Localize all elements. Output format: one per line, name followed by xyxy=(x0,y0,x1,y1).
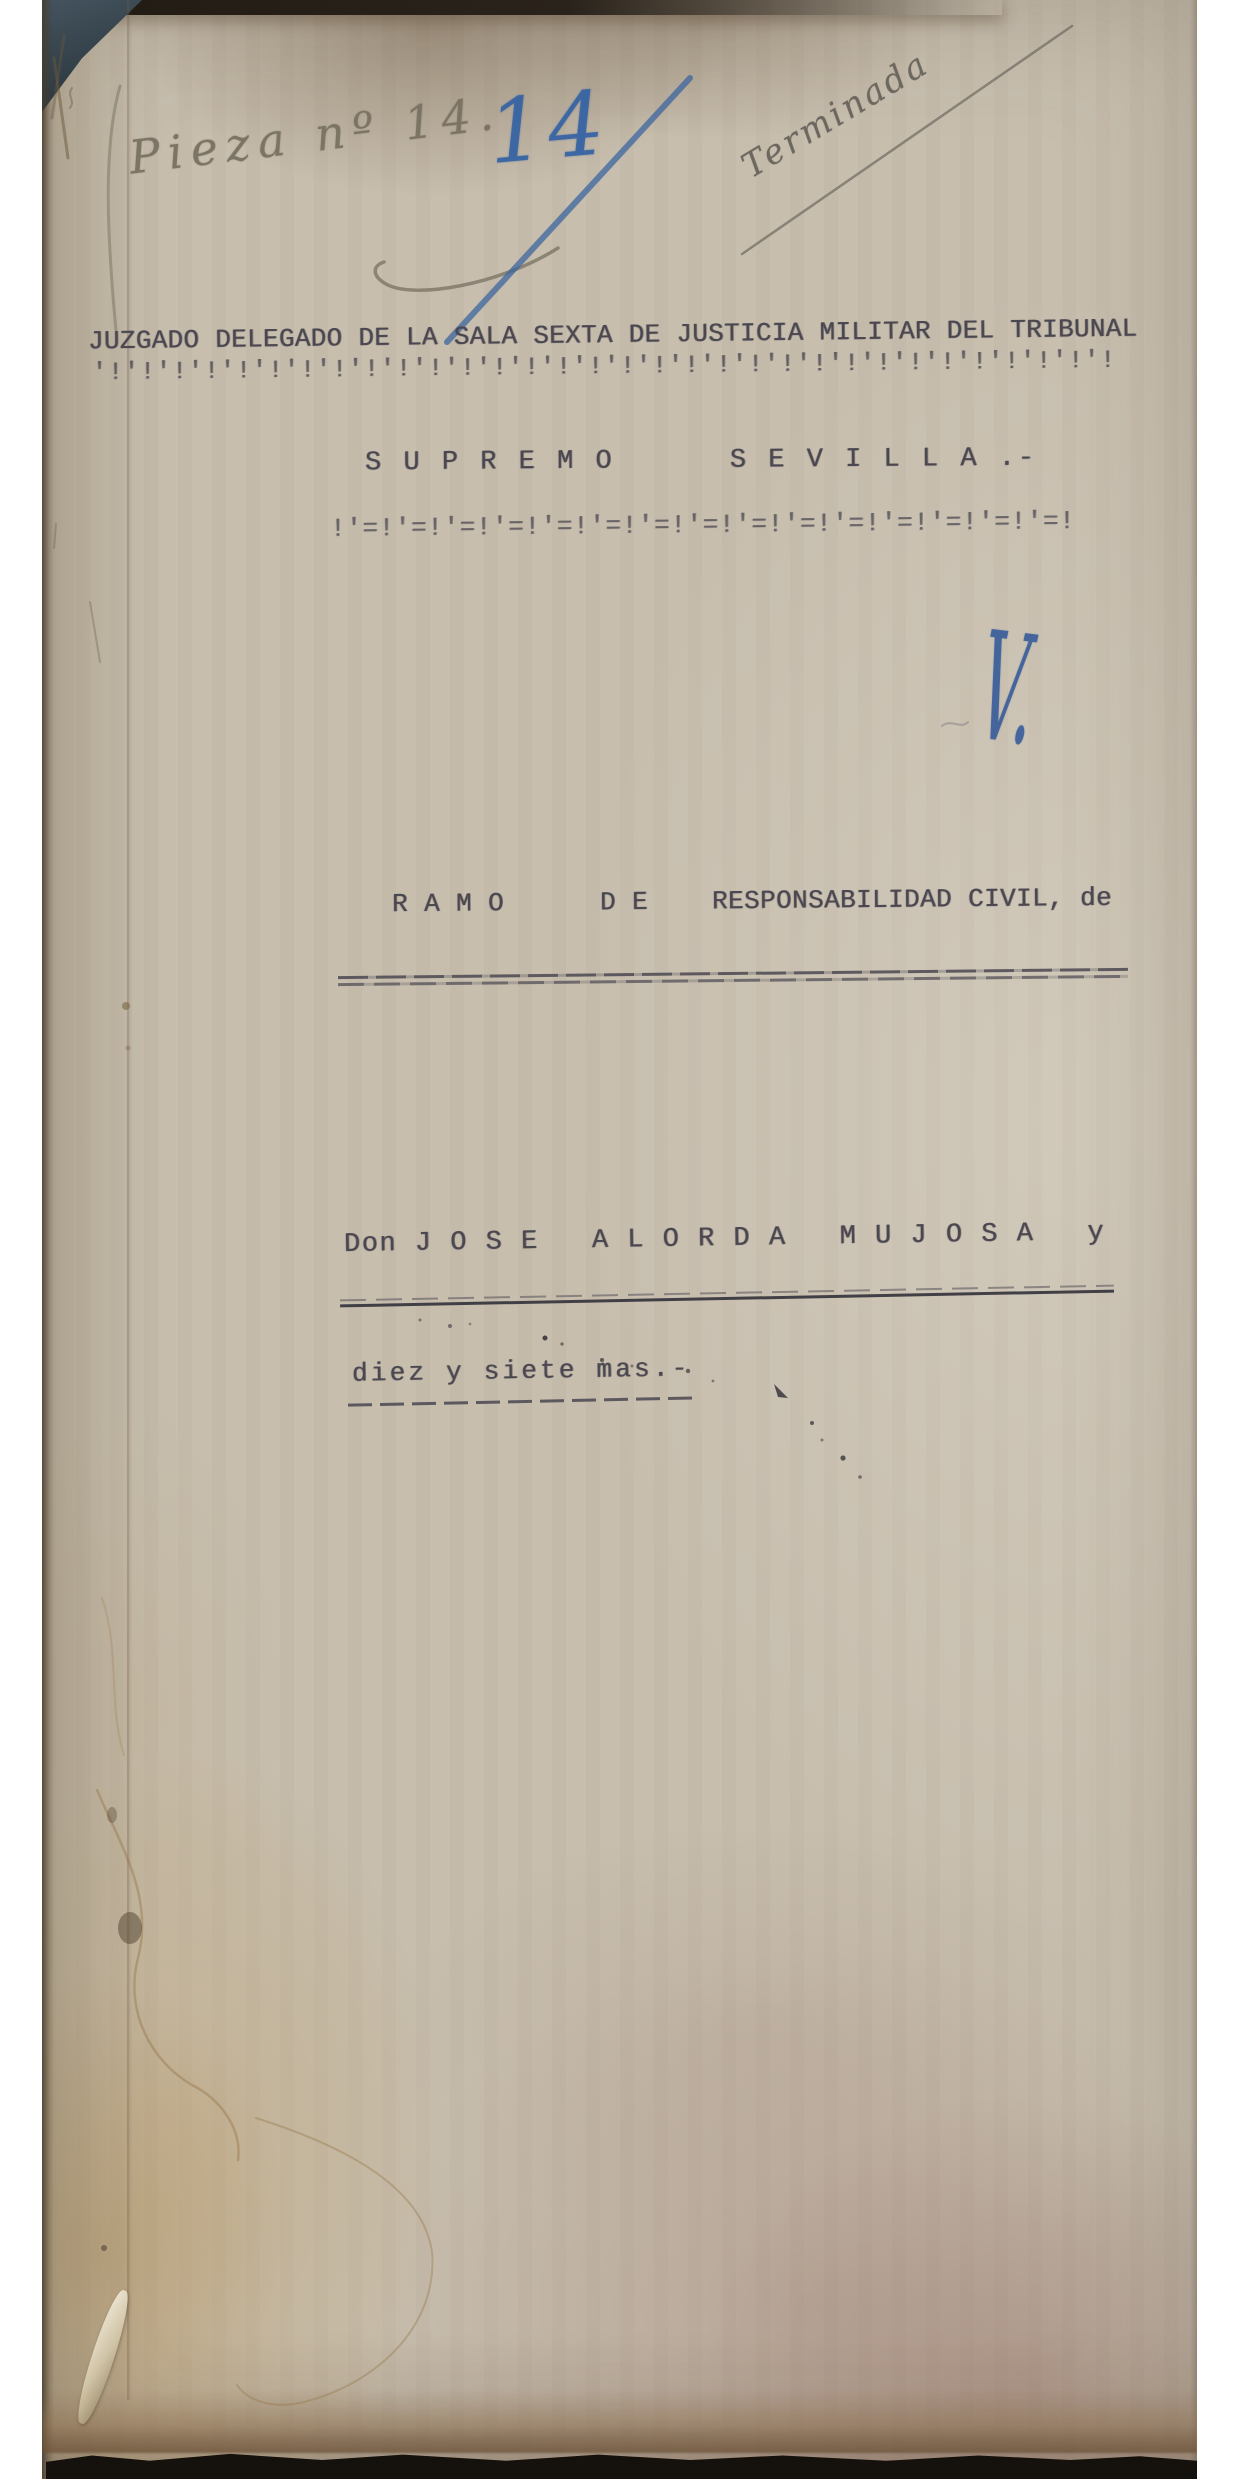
dark-blot xyxy=(118,1912,142,1944)
paper-blemishes xyxy=(101,1002,142,2251)
handwritten-blue-number: 14 xyxy=(484,79,611,177)
court-title-typed-underline: !'=!'=!'=!'=!'=!'=!'=!'=!'=!'=!'=!'=!'=!… xyxy=(330,508,1076,542)
spine-speck-2 xyxy=(126,1046,131,1051)
torn-edge-stroke-2 xyxy=(52,36,64,118)
pencil-slash-mark xyxy=(90,602,100,662)
water-stain-contour xyxy=(97,1790,239,2160)
water-stain-contour-3 xyxy=(102,1598,124,1755)
archival-photo-page: Pieza nº 14. 14 Terminada V. JUZGADO DEL… xyxy=(0,0,1240,2479)
small-blot xyxy=(107,1807,117,1823)
torn-edge-stroke xyxy=(54,58,68,158)
stain-contour-lines xyxy=(52,36,432,2405)
pencil-tick xyxy=(54,524,56,548)
pencil-squiggle xyxy=(70,88,72,108)
court-title-line: S U P R E M O S E V I L L A .- xyxy=(365,446,1037,478)
pencil-flourish xyxy=(108,86,120,330)
spine-speck-3 xyxy=(101,2245,107,2251)
pencil-scribble xyxy=(942,722,968,726)
case-section-line: R A M O D E RESPONSABILIDAD CIVIL, de xyxy=(392,885,1112,917)
document-cover-photo: Pieza nº 14. 14 Terminada V. JUZGADO DEL… xyxy=(42,0,1197,2479)
water-stain-contour-2 xyxy=(237,2118,432,2405)
spine-speck xyxy=(122,1002,130,1010)
defendant-continuation-line: diez y siete mas.- xyxy=(352,1355,691,1386)
